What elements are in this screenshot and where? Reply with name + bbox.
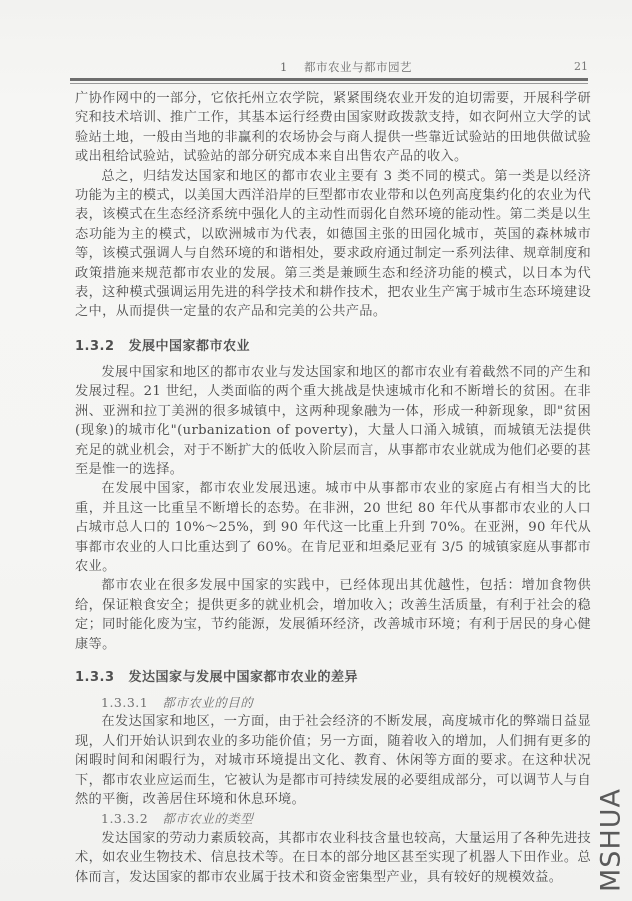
page-number: 21 xyxy=(574,60,588,73)
paragraph-types: 发达国家的劳动力素质较高，其都市农业科技含量也较高，大量运用了各种先进技术，如农… xyxy=(75,829,591,887)
subsection-heading-1-3-3-1: 1.3.3.1都市农业的目的 xyxy=(75,693,591,712)
watermark-text: MSHUA xyxy=(596,788,627,892)
section-heading-1-3-3: 1.3.3发达国家与发展中国家都市农业的差异 xyxy=(75,666,591,685)
section-title: 发达国家与发展中国家都市农业的差异 xyxy=(129,670,359,685)
chapter-title: 都市农业与都市园艺 xyxy=(304,60,412,74)
paragraph-developing-stats: 在发展中国家，都市农业发展迅速。城市中从事都市农业的家庭占有相当大的比重，并且这… xyxy=(75,479,591,576)
chapter-number: 1 xyxy=(280,60,288,74)
body-text: 广协作网中的一部分，它依托州立农学院，紧紧围绕农业开发的迫切需要，开展科学研究和… xyxy=(75,89,591,887)
chapter-header: 1 都市农业与都市园艺 xyxy=(280,59,412,75)
watermark: MSHUA xyxy=(596,787,626,893)
paragraph-developing-benefits: 都市农业在很多发展中国家的实践中，已经体现出其优越性，包括：增加食物供给，保证粮… xyxy=(75,576,591,654)
paragraph-purpose: 在发达国家和地区，一方面，由于社会经济的不断发展，高度城市化的弊端日益显现，人们… xyxy=(75,712,591,809)
subsection-title: 都市农业的类型 xyxy=(162,811,253,826)
section-number: 1.3.3 xyxy=(75,670,115,685)
section-heading-1-3-2: 1.3.2发展中国家都市农业 xyxy=(75,335,591,354)
running-header: 1 都市农业与都市园艺 21 xyxy=(70,59,588,77)
subsection-heading-1-3-3-2: 1.3.3.2都市农业的类型 xyxy=(75,809,591,828)
section-number: 1.3.2 xyxy=(75,339,115,354)
paragraph-developing-intro: 发展中国家和地区的都市农业与发达国家和地区的都市农业有着截然不同的产生和发展过程… xyxy=(75,363,591,479)
section-title: 发展中国家都市农业 xyxy=(129,339,251,354)
header-rule-thick xyxy=(70,78,588,81)
paragraph-continued: 广协作网中的一部分，它依托州立农学院，紧紧围绕农业开发的迫切需要，开展科学研究和… xyxy=(75,89,591,167)
header-rule-thin xyxy=(70,83,588,84)
subsection-title: 都市农业的目的 xyxy=(162,695,253,710)
book-page: 1 都市农业与都市园艺 21 广协作网中的一部分，它依托州立农学院，紧紧围绕农业… xyxy=(0,0,632,901)
paragraph-models-summary: 总之，归结发达国家和地区的都市农业主要有 3 类不同的模式。第一类是以经济功能为… xyxy=(75,167,591,322)
subsection-number: 1.3.3.1 xyxy=(101,695,148,710)
subsection-number: 1.3.3.2 xyxy=(101,811,148,826)
